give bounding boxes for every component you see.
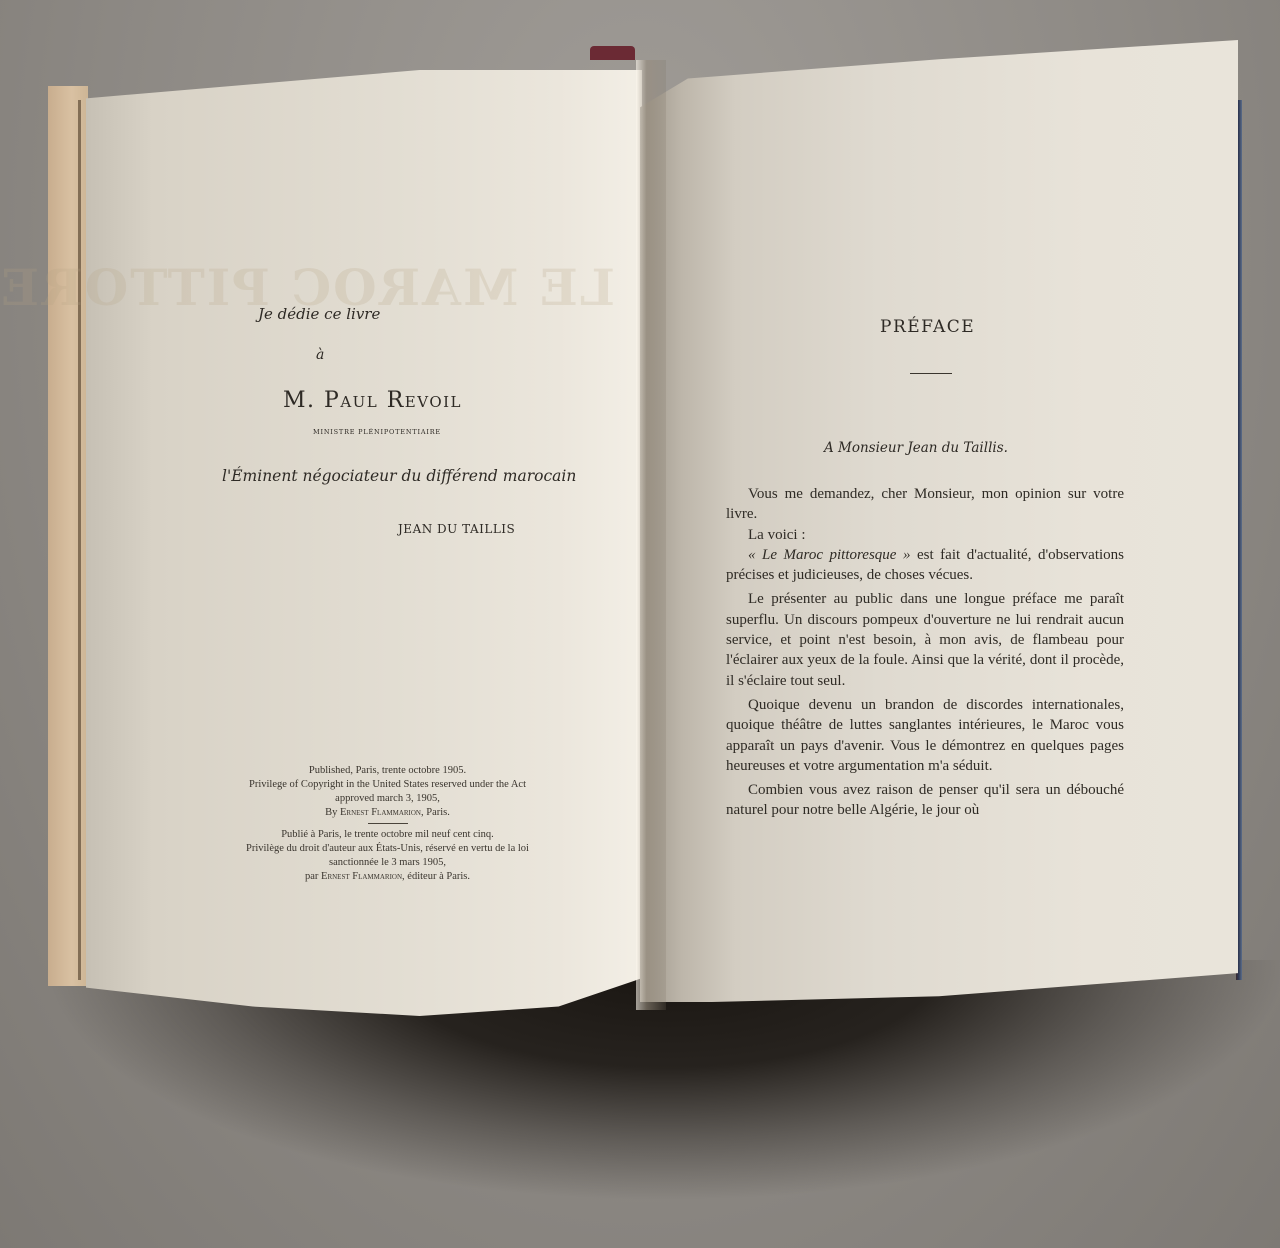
colophon-publisher-line: par Ernest Flammarion, éditeur à Paris. (205, 870, 570, 884)
colophon-by: By (325, 807, 340, 818)
book-gutter (636, 60, 666, 1010)
colophon-line: sanctionnée le 3 mars 1905, (205, 856, 570, 870)
preface-paragraph: Le présenter au public dans une longue p… (726, 589, 1124, 690)
preface-paragraph: « Le Maroc pittoresque » est fait d'actu… (726, 545, 1124, 586)
dedication-to: à (316, 347, 324, 363)
colophon-line: approved march 3, 1905, (205, 792, 570, 806)
colophon-line: Privilège du droit d'auteur aux États-Un… (205, 842, 570, 856)
colophon-publisher: Ernest Flammarion (321, 871, 402, 882)
book-title-quote: « Le Maroc pittoresque » (748, 547, 910, 563)
preface-paragraph: La voici : (726, 525, 1124, 545)
colophon-divider (368, 823, 408, 824)
colophon-city: , éditeur à Paris. (402, 871, 470, 882)
dedicatee-description: l'Éminent négociateur du différend maroc… (222, 467, 576, 485)
colophon-publisher: Ernest Flammarion (340, 807, 421, 818)
preface-body: Vous me demandez, cher Monsieur, mon opi… (726, 484, 1124, 825)
preface-paragraph: Combien vous avez raison de penser qu'il… (726, 780, 1124, 821)
dedication-author: JEAN DU TAILLIS (398, 522, 515, 536)
dedicatee-name: M. Paul Revoil (283, 388, 462, 413)
preface-paragraph: Vous me demandez, cher Monsieur, mon opi… (726, 484, 1124, 525)
preface-paragraph: Quoique devenu un brandon de discordes i… (726, 695, 1124, 776)
colophon-line: Publié à Paris, le trente octobre mil ne… (205, 828, 570, 842)
dedication-intro: Je dédie ce livre (258, 305, 380, 323)
preface-divider (910, 373, 952, 374)
colophon-line: Privilege of Copyright in the United Sta… (205, 778, 570, 792)
dedicatee-title: MINISTRE PLÉNIPOTENTIAIRE (313, 428, 441, 436)
colophon-city: , Paris. (421, 807, 450, 818)
book-cover-left-edge (48, 86, 88, 986)
colophon-line: Published, Paris, trente octobre 1905. (205, 764, 570, 778)
cover-spine-line (78, 100, 81, 980)
preface-salutation: A Monsieur Jean du Taillis. (824, 440, 1008, 456)
colophon-publisher-line: By Ernest Flammarion, Paris. (205, 806, 570, 820)
colophon-by: par (305, 871, 321, 882)
bleed-through-title: LE MAROC PITTORESQUE (175, 258, 615, 317)
book-cover-top-maroon (590, 46, 635, 60)
preface-heading: PRÉFACE (880, 317, 975, 337)
colophon: Published, Paris, trente octobre 1905. P… (205, 764, 570, 884)
